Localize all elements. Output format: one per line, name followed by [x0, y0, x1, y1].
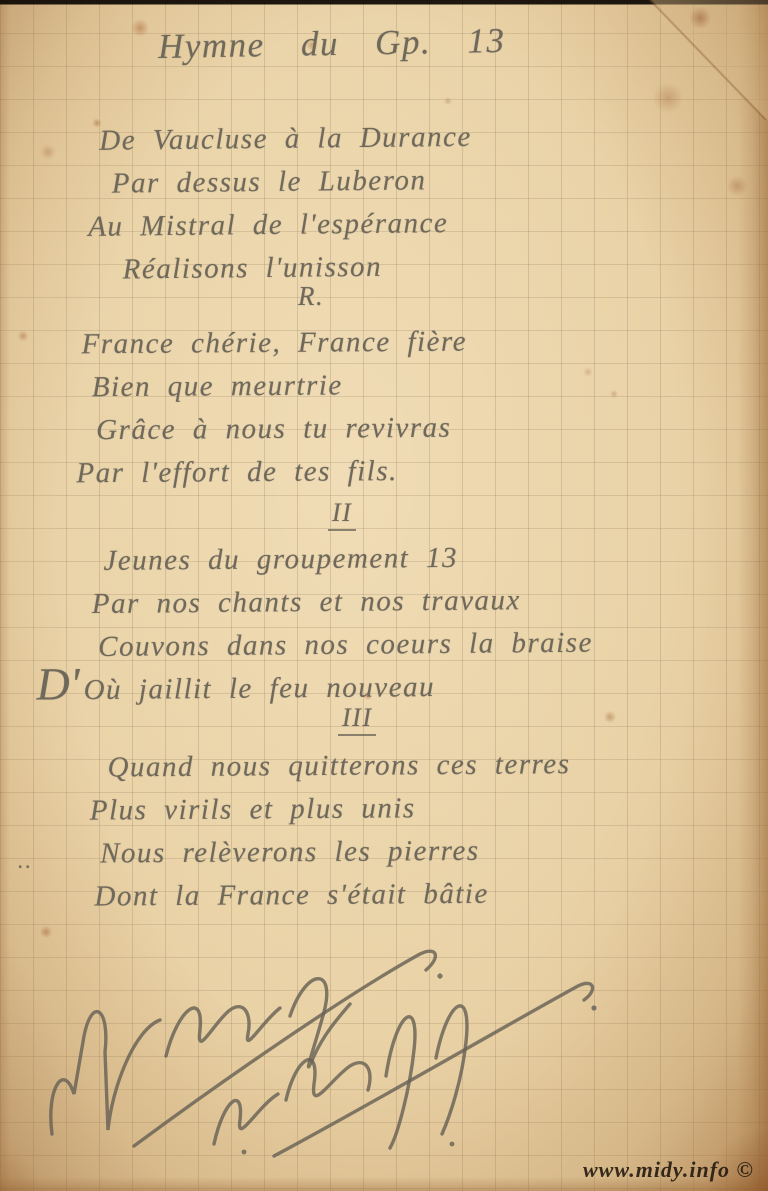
poem-line: Bien que meurtrie — [92, 364, 468, 410]
poem-line: Quand nous quitterons ces terres — [107, 743, 570, 789]
stanza-2: Jeunes du groupement 13 Par nos chants e… — [57, 536, 593, 713]
poem-line: Jeunes du groupement 13 — [103, 536, 592, 583]
poem-line: De Vaucluse à la Durance — [99, 116, 472, 163]
stanza-3: Quand nous quitterons ces terres Plus vi… — [57, 743, 571, 919]
poem-line: Par dessus le Luberon — [112, 159, 473, 206]
poem-line: Par l'effort de tes fils. — [76, 450, 468, 496]
poem-line: Nous relèverons les pierres — [100, 829, 571, 875]
watermark-text: www.midy.info © — [583, 1157, 754, 1183]
poem-title: Hymne du Gp. 13 — [158, 21, 506, 67]
signature-scribble — [38, 938, 638, 1163]
poem-line: France chérie, France fière — [81, 321, 467, 367]
margin-dots: .. — [18, 848, 33, 874]
poem-line: Au Mistral de l'espérance — [88, 202, 473, 249]
margin-initial: D' — [36, 658, 80, 709]
notebook-page: Hymne du Gp. 13 De Vaucluse à la Durance… — [0, 0, 768, 1191]
poem-line: Par nos chants et nos travaux — [92, 579, 593, 626]
poem-line: Grâce à nous tu revivras — [96, 407, 468, 453]
refrain: France chérie, France fière Bien que meu… — [57, 321, 468, 496]
refrain-marker: R. — [298, 281, 324, 312]
stanza-3-marker: III — [338, 703, 376, 736]
poem-line: Plus virils et plus unis — [90, 786, 571, 832]
poem-line: D'Où jaillit le feu nouveau — [36, 665, 593, 713]
poem-line: Couvons dans nos coeurs la braise — [98, 622, 593, 669]
dog-ear-crease — [648, 0, 768, 120]
poem-line: Dont la France s'était bâtie — [94, 872, 571, 918]
signature-svg — [38, 938, 638, 1163]
stanza-2-marker: II — [328, 498, 356, 531]
stanza-1: De Vaucluse à la Durance Par dessus le L… — [59, 116, 473, 292]
